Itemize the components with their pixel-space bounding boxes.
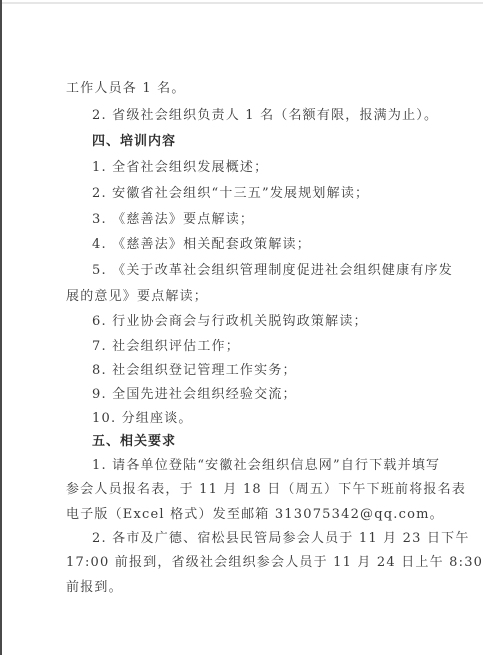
doc-line-12: 9. 全国先进社会组织经验交流； [92,387,297,403]
doc-line-20: 前报到。 [66,580,123,596]
doc-line-16: 参会人员报名表，于 11 月 18 日（周五）下午下班前将报名表 [66,482,466,498]
section-heading-training-content: 四、培训内容 [92,134,176,150]
doc-line-8: 展的意见》要点解读； [66,289,208,305]
doc-line-5: 3. 《慈善法》要点解读； [92,212,254,228]
doc-line-13: 10. 分组座谈。 [92,411,193,427]
doc-line-4: 2. 安徽省社会组织“十三五”发展规划解读； [92,186,369,202]
doc-line-18: 2. 各市及广德、宿松县民管局参会人员于 11 月 23 日下午 [92,531,470,547]
doc-line-19: 17:00 前报到，省级社会组织参会人员于 11 月 24 日上午 8:30 [66,555,483,571]
doc-line-10: 7. 社会组织评估工作； [92,339,240,355]
section-heading-requirements: 五、相关要求 [92,434,176,450]
doc-line-11: 8. 社会组织登记管理工作实务； [92,363,297,379]
doc-line-3: 1. 全省社会组织发展概述； [92,160,268,176]
doc-line-0: 工作人员各 1 名。 [66,81,186,97]
doc-line-6: 4. 《慈善法》相关配套政策解读； [92,237,311,253]
doc-line-1: 2. 省级社会组织负责人 1 名（名额有限，报满为止）。 [92,108,438,124]
document-page: 工作人员各 1 名。 2. 省级社会组织负责人 1 名（名额有限，报满为止）。 … [0,0,483,655]
doc-line-15: 1. 请各单位登陆“安徽社会组织信息网”自行下载并填写 [92,458,440,474]
doc-line-9: 6. 行业协会商会与行政机关脱钩政策解读； [92,314,368,330]
doc-line-17-email: 电子版（Excel 格式）发至邮箱 313075342@qq.com。 [66,507,444,523]
doc-line-7: 5. 《关于改革社会组织管理制度促进社会组织健康有序发 [92,263,453,279]
